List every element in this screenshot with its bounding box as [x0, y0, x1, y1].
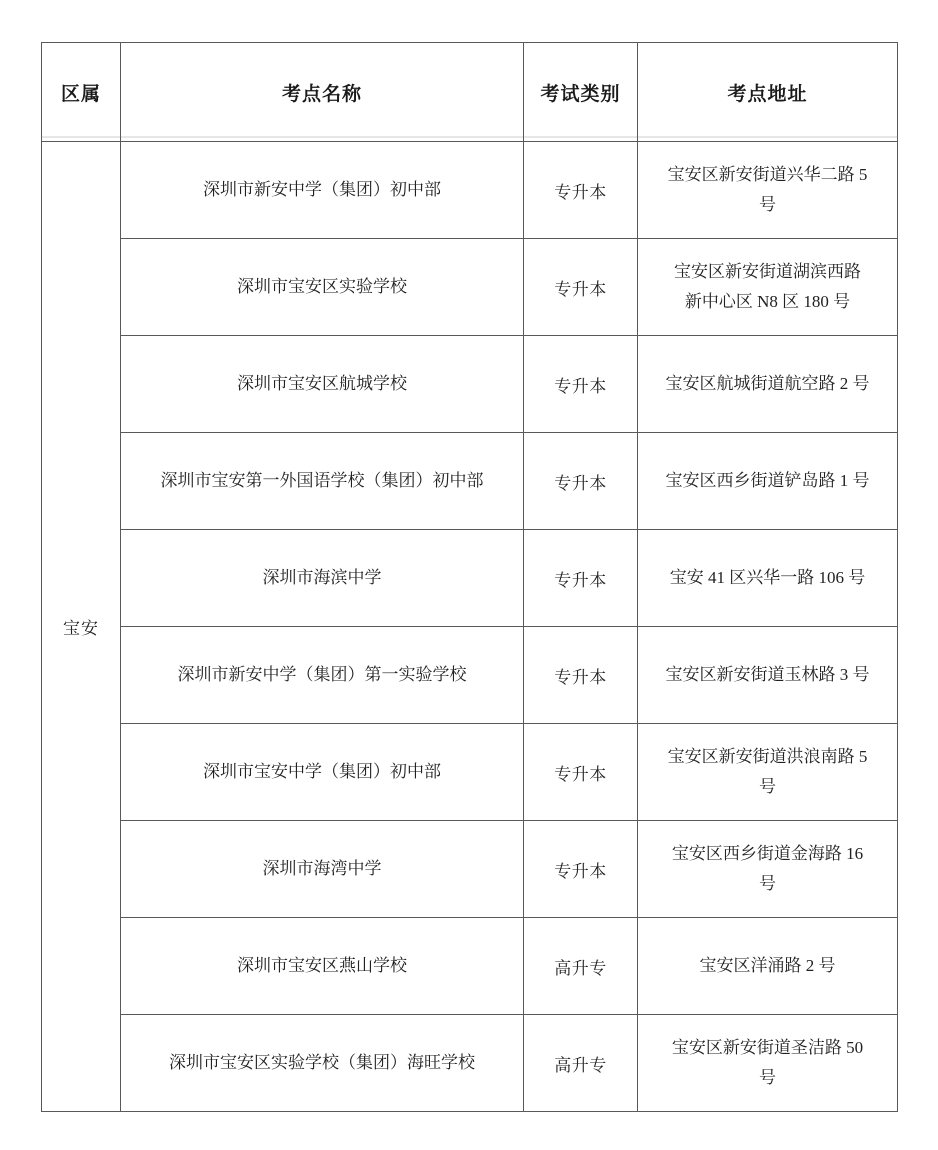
table-row: 深圳市新安中学（集团）第一实验学校 专升本 宝安区新安街道玉林路 3 号	[42, 627, 898, 724]
site-address-cell: 宝安区西乡街道铲岛路 1 号	[638, 433, 898, 530]
exam-category-cell: 专升本	[524, 433, 638, 530]
site-name-cell: 深圳市宝安区燕山学校	[121, 918, 524, 1015]
table-row: 深圳市宝安区实验学校 专升本 宝安区新安街道湖滨西路 新中心区 N8 区 180…	[42, 239, 898, 336]
exam-category-cell: 高升专	[524, 918, 638, 1015]
site-address-cell: 宝安区新安街道圣洁路 50 号	[638, 1015, 898, 1112]
site-address-cell: 宝安区洋涌路 2 号	[638, 918, 898, 1015]
document-page: 区属 考点名称 考试类别 考点地址 宝安深圳市新安中学（集团）初中部 专升本 宝…	[0, 0, 938, 1150]
table-row: 深圳市宝安区航城学校 专升本 宝安区航城街道航空路 2 号	[42, 336, 898, 433]
header-district: 区属	[42, 43, 121, 142]
site-name-cell: 深圳市宝安第一外国语学校（集团）初中部	[121, 433, 524, 530]
exam-category-cell: 专升本	[524, 724, 638, 821]
table-header-row: 区属 考点名称 考试类别 考点地址	[42, 43, 898, 142]
exam-category-cell: 专升本	[524, 821, 638, 918]
exam-category-cell: 专升本	[524, 530, 638, 627]
exam-category-cell: 专升本	[524, 336, 638, 433]
site-name-cell: 深圳市新安中学（集团）初中部	[121, 142, 524, 239]
site-name-cell: 深圳市宝安区实验学校	[121, 239, 524, 336]
site-address-cell: 宝安区西乡街道金海路 16 号	[638, 821, 898, 918]
site-address-cell: 宝安区新安街道洪浪南路 5 号	[638, 724, 898, 821]
site-name-cell: 深圳市新安中学（集团）第一实验学校	[121, 627, 524, 724]
table-row: 深圳市海滨中学 专升本 宝安 41 区兴华一路 106 号	[42, 530, 898, 627]
site-address-cell: 宝安区新安街道兴华二路 5 号	[638, 142, 898, 239]
site-name-cell: 深圳市海湾中学	[121, 821, 524, 918]
site-address-cell: 宝安 41 区兴华一路 106 号	[638, 530, 898, 627]
site-name-cell: 深圳市宝安中学（集团）初中部	[121, 724, 524, 821]
table-row: 深圳市宝安区燕山学校 高升专 宝安区洋涌路 2 号	[42, 918, 898, 1015]
table-row: 深圳市宝安中学（集团）初中部 专升本 宝安区新安街道洪浪南路 5 号	[42, 724, 898, 821]
site-address-cell: 宝安区新安街道玉林路 3 号	[638, 627, 898, 724]
exam-category-cell: 专升本	[524, 142, 638, 239]
header-site-address: 考点地址	[638, 43, 898, 142]
district-cell: 宝安	[42, 142, 121, 1112]
site-name-cell: 深圳市宝安区实验学校（集团）海旺学校	[121, 1015, 524, 1112]
site-address-cell: 宝安区航城街道航空路 2 号	[638, 336, 898, 433]
exam-category-cell: 高升专	[524, 1015, 638, 1112]
exam-category-cell: 专升本	[524, 627, 638, 724]
table-row: 深圳市海湾中学 专升本 宝安区西乡街道金海路 16 号	[42, 821, 898, 918]
table-row: 深圳市宝安第一外国语学校（集团）初中部 专升本 宝安区西乡街道铲岛路 1 号	[42, 433, 898, 530]
site-address-cell: 宝安区新安街道湖滨西路 新中心区 N8 区 180 号	[638, 239, 898, 336]
table-row: 宝安深圳市新安中学（集团）初中部 专升本 宝安区新安街道兴华二路 5 号	[42, 142, 898, 239]
header-site-name: 考点名称	[121, 43, 524, 142]
header-exam-category: 考试类别	[524, 43, 638, 142]
site-name-cell: 深圳市宝安区航城学校	[121, 336, 524, 433]
site-name-cell: 深圳市海滨中学	[121, 530, 524, 627]
exam-category-cell: 专升本	[524, 239, 638, 336]
table-row: 深圳市宝安区实验学校（集团）海旺学校 高升专 宝安区新安街道圣洁路 50 号	[42, 1015, 898, 1112]
exam-sites-table: 区属 考点名称 考试类别 考点地址 宝安深圳市新安中学（集团）初中部 专升本 宝…	[41, 42, 898, 1112]
